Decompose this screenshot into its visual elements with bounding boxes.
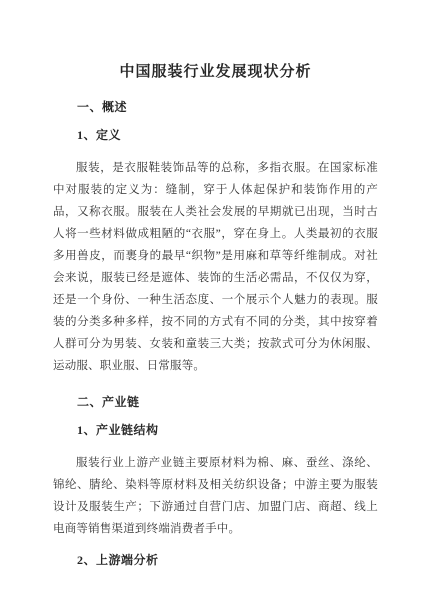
subsection-heading-upstream-analysis: 2、上游端分析 [53, 553, 378, 568]
subsection-heading-definition: 1、定义 [53, 128, 378, 143]
document-title: 中国服装行业发展现状分析 [53, 62, 378, 82]
paragraph-definition: 服装，是衣服鞋装饰品等的总称，多指衣服。在国家标准中对服装的定义为：缝制，穿于人… [53, 157, 378, 377]
paragraph-chain-structure: 服装行业上游产业链主要原材料为棉、麻、蚕丝、涤纶、锦纶、腈纶、染料等原材料及相关… [53, 452, 378, 540]
section-heading-industry-chain: 二、产业链 [53, 395, 378, 410]
document-page: 中国服装行业发展现状分析 一、概述 1、定义 服装，是衣服鞋装饰品等的总称，多指… [0, 0, 424, 600]
section-heading-overview: 一、概述 [53, 100, 378, 115]
subsection-heading-chain-structure: 1、产业链结构 [53, 423, 378, 438]
